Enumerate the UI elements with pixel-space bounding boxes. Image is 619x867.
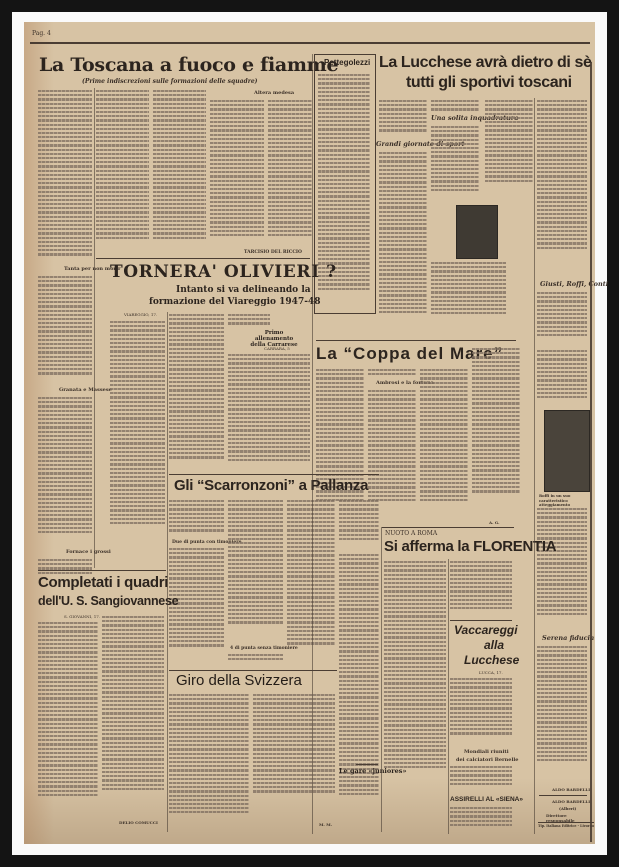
article-body	[420, 367, 468, 519]
headline-nuoto: Si afferma la FLORENTIA	[384, 538, 556, 555]
headline-toscana: La Toscana a fuoco e fiamme	[39, 54, 338, 76]
kicker-nuoto: NUOTO A ROMA	[385, 530, 437, 537]
column-rule	[448, 559, 449, 834]
article-body	[431, 260, 506, 326]
headline-sangiovannese-2: dell'U. S. Sangiovannese	[38, 594, 178, 608]
divider	[539, 795, 587, 796]
article-body	[253, 692, 335, 807]
article-body	[153, 88, 206, 253]
column-rule	[94, 88, 95, 568]
top-rule	[30, 42, 590, 44]
printer-line: Tip. Italiana Editrice - Livorno	[538, 822, 594, 828]
headline-scarronzoni: Gli “Scarronzoni” a Pallanza	[174, 477, 368, 494]
article-body	[96, 88, 149, 253]
article-body	[339, 552, 379, 832]
article-body	[228, 498, 283, 643]
article-body	[102, 614, 164, 814]
subhead-olivieri-1: Intanto si va delineando la	[176, 285, 311, 295]
article-body	[169, 692, 249, 832]
dateline: VIAREGGIO, 17.	[124, 312, 157, 317]
dateline: CARRARA, 5	[264, 346, 290, 351]
subsection-title: dei calciatori Bernelle	[456, 757, 518, 763]
divider	[450, 620, 512, 621]
headline-olivieri: TORNERA' OLIVIERI ?	[110, 262, 337, 282]
article-body	[379, 98, 427, 138]
subhead-toscana: (Prime indiscrezioni sulle formazioni de…	[82, 78, 258, 85]
headline-lucchese-2: tutti gli sportivi toscani	[406, 74, 572, 92]
article-body	[38, 274, 92, 384]
dateline: LUCCA, 17.	[479, 670, 503, 675]
article-body	[431, 124, 479, 204]
article-body	[537, 506, 587, 631]
byline: DELIO COMUCCI	[119, 820, 158, 825]
article-body	[169, 312, 224, 474]
article-body	[450, 764, 512, 792]
headline-svizzera: Giro della Svizzera	[176, 672, 302, 689]
article-body	[287, 498, 335, 668]
byline: ALDO BARDELLI	[552, 787, 590, 792]
player-photo	[456, 205, 498, 259]
article-body	[472, 346, 520, 516]
headline-assirelli: ASSIRELLI AL «SIENA»	[450, 796, 523, 803]
article-body	[368, 367, 416, 379]
byline: M. M.	[319, 822, 332, 827]
page-number: Pag. 4	[32, 30, 51, 37]
column-rule	[381, 527, 382, 832]
divider	[382, 527, 514, 528]
article-body	[38, 395, 92, 545]
article-body	[384, 559, 446, 799]
dateline: S. GIOVANNI, 17.	[64, 614, 100, 619]
divider	[316, 340, 516, 341]
article-body	[485, 98, 533, 198]
headline-pettegolezzi: Pettegolezzi	[324, 58, 370, 67]
subsection-title: Fornace i grossi	[66, 549, 111, 555]
edge-rule	[590, 62, 592, 842]
article-body	[316, 367, 364, 519]
column-rule	[167, 312, 168, 832]
headline-vaccareggi-2: alla	[484, 638, 504, 652]
article-body	[537, 348, 587, 408]
publisher-note: (Alberi)	[559, 806, 576, 811]
article-body	[537, 290, 587, 345]
headline-sangiovannese-1: Completati i quadri	[38, 574, 168, 591]
subhead-olivieri-2: formazione del Viareggio 1947-48	[149, 297, 320, 307]
article-body	[228, 652, 283, 664]
byline: TARCISIO DEL RICCIO	[244, 250, 302, 255]
subsection-title: Giusti, Roffi, Conti	[540, 280, 608, 288]
article-body	[228, 352, 310, 474]
player-photo	[544, 410, 590, 492]
article-body	[228, 312, 270, 328]
publisher-name: ALDO BARDELLI	[552, 799, 590, 804]
divider	[356, 764, 378, 765]
subsection-title: Serena fiducia	[542, 634, 594, 642]
column-rule	[534, 98, 535, 834]
subsection-title: Altera medesa	[254, 90, 294, 96]
article-body	[450, 559, 512, 619]
article-body	[169, 498, 224, 538]
article-body	[537, 98, 587, 278]
headline-vaccareggi-3: Lucchese	[464, 653, 519, 667]
subsection-title: Mondiali riuniti	[464, 749, 509, 755]
article-body	[38, 88, 92, 268]
article-body	[379, 150, 427, 325]
divider	[96, 258, 310, 259]
newspaper-page: Pag. 4 La Toscana a fuoco e fiamme (Prim…	[24, 22, 595, 844]
article-body	[450, 676, 512, 746]
article-body	[38, 620, 98, 820]
article-body	[268, 98, 312, 248]
divider	[169, 474, 379, 475]
article-body	[450, 805, 512, 833]
article-body	[210, 98, 264, 248]
column-rule	[312, 54, 313, 834]
article-body	[110, 319, 165, 544]
article-body	[537, 644, 587, 784]
subsection-title: Granata e Massese	[59, 387, 112, 393]
headline-lucchese-1: La Lucchese avrà dietro di sè	[379, 54, 592, 72]
headline-vaccareggi-1: Vaccareggi	[454, 623, 518, 637]
divider	[38, 570, 166, 571]
article-body	[339, 498, 379, 548]
byline: A. G.	[489, 520, 500, 525]
